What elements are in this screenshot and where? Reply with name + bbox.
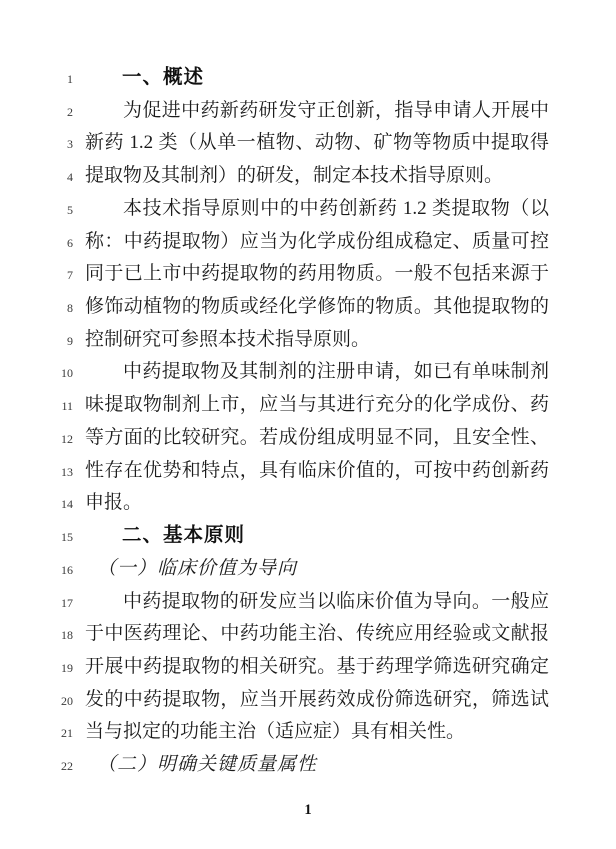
line-number: 6	[0, 227, 73, 260]
doc-line: 1一、概述	[0, 62, 616, 95]
doc-line: 19开展中药提取物的相关研究。基于药理学筛选研究确定拟研	[0, 651, 616, 684]
line-text: 开展中药提取物的相关研究。基于药理学筛选研究确定拟研	[85, 651, 549, 684]
line-text: 二、基本原则	[85, 520, 549, 553]
line-text: 同于已上市中药提取物的药用物质。一般不包括来源于基因	[85, 258, 549, 291]
line-text: 控制研究可参照本技术指导原则。	[85, 324, 549, 357]
line-text: 等方面的比较研究。若成份组成明显不同，且安全性、有效	[85, 422, 549, 455]
line-number: 16	[0, 554, 73, 587]
line-number: 12	[0, 423, 73, 456]
line-number: 14	[0, 488, 73, 521]
line-text: （二）明确关键质量属性	[85, 749, 549, 782]
line-number: 3	[0, 128, 73, 161]
line-text: 中药提取物的研发应当以临床价值为导向。一般应当基	[85, 586, 549, 619]
line-number: 11	[0, 390, 73, 423]
line-number: 9	[0, 325, 73, 358]
line-number: 4	[0, 161, 73, 194]
line-number: 2	[0, 96, 73, 129]
line-text: 新药 1.2 类（从单一植物、动物、矿物等物质中提取得到的	[85, 127, 549, 160]
line-text: 味提取物制剂上市，应当与其进行充分的化学成份、药效学	[85, 389, 549, 422]
line-text: 性存在优势和特点，具有临床价值的，可按中药创新药 1.2 类	[85, 455, 549, 488]
doc-line: 6称：中药提取物）应当为化学成份组成稳定、质量可控且不	[0, 226, 616, 259]
doc-line: 2为促进中药新药研发守正创新，指导申请人开展中药创	[0, 95, 616, 128]
line-number: 13	[0, 456, 73, 489]
doc-line: 22（二）明确关键质量属性	[0, 749, 616, 782]
line-text: 发的中药提取物，应当开展药效成份筛选研究，筛选试验应	[85, 684, 549, 717]
line-text: 于中医药理论、中药功能主治、传统应用经验或文献报道等，	[85, 618, 549, 651]
line-text: 本技术指导原则中的中药创新药 1.2 类提取物（以下简	[85, 193, 549, 226]
line-number: 20	[0, 685, 73, 718]
page-number: 1	[0, 800, 616, 820]
line-number: 15	[0, 521, 73, 554]
doc-line: 9控制研究可参照本技术指导原则。	[0, 324, 616, 357]
line-number: 17	[0, 587, 73, 620]
line-text: 修饰动植物的物质或经化学修饰的物质。其他提取物的质量	[85, 291, 549, 324]
doc-line: 17中药提取物的研发应当以临床价值为导向。一般应当基	[0, 586, 616, 619]
doc-line: 4提取物及其制剂）的研发，制定本技术指导原则。	[0, 160, 616, 193]
line-number: 1	[0, 63, 73, 96]
doc-line: 16（一）临床价值为导向	[0, 553, 616, 586]
doc-line: 14申报。	[0, 487, 616, 520]
line-text: 为促进中药新药研发守正创新，指导申请人开展中药创	[85, 95, 549, 128]
line-number: 22	[0, 750, 73, 783]
document-body: 1一、概述2为促进中药新药研发守正创新，指导申请人开展中药创3新药 1.2 类（…	[0, 62, 616, 782]
line-number: 10	[0, 357, 73, 390]
line-number: 5	[0, 194, 73, 227]
doc-line: 11味提取物制剂上市，应当与其进行充分的化学成份、药效学	[0, 389, 616, 422]
line-number: 19	[0, 652, 73, 685]
doc-line: 13性存在优势和特点，具有临床价值的，可按中药创新药 1.2 类	[0, 455, 616, 488]
line-number: 18	[0, 619, 73, 652]
document-page: 1一、概述2为促进中药新药研发守正创新，指导申请人开展中药创3新药 1.2 类（…	[0, 0, 616, 849]
doc-line: 10中药提取物及其制剂的注册申请，如已有单味制剂或单	[0, 356, 616, 389]
doc-line: 5本技术指导原则中的中药创新药 1.2 类提取物（以下简	[0, 193, 616, 226]
doc-line: 8修饰动植物的物质或经化学修饰的物质。其他提取物的质量	[0, 291, 616, 324]
doc-line: 15二、基本原则	[0, 520, 616, 553]
line-text: 提取物及其制剂）的研发，制定本技术指导原则。	[85, 160, 549, 193]
doc-line: 21当与拟定的功能主治（适应症）具有相关性。	[0, 716, 616, 749]
line-text: （一）临床价值为导向	[85, 553, 549, 586]
line-text: 当与拟定的功能主治（适应症）具有相关性。	[85, 716, 549, 749]
line-number: 21	[0, 717, 73, 750]
line-text: 申报。	[85, 487, 549, 520]
line-text: 称：中药提取物）应当为化学成份组成稳定、质量可控且不	[85, 226, 549, 259]
doc-line: 20发的中药提取物，应当开展药效成份筛选研究，筛选试验应	[0, 684, 616, 717]
line-text: 中药提取物及其制剂的注册申请，如已有单味制剂或单	[85, 356, 549, 389]
line-text: 一、概述	[85, 62, 549, 95]
doc-line: 12等方面的比较研究。若成份组成明显不同，且安全性、有效	[0, 422, 616, 455]
doc-line: 7同于已上市中药提取物的药用物质。一般不包括来源于基因	[0, 258, 616, 291]
doc-line: 3新药 1.2 类（从单一植物、动物、矿物等物质中提取得到的	[0, 127, 616, 160]
doc-line: 18于中医药理论、中药功能主治、传统应用经验或文献报道等，	[0, 618, 616, 651]
line-number: 8	[0, 292, 73, 325]
line-number: 7	[0, 259, 73, 292]
